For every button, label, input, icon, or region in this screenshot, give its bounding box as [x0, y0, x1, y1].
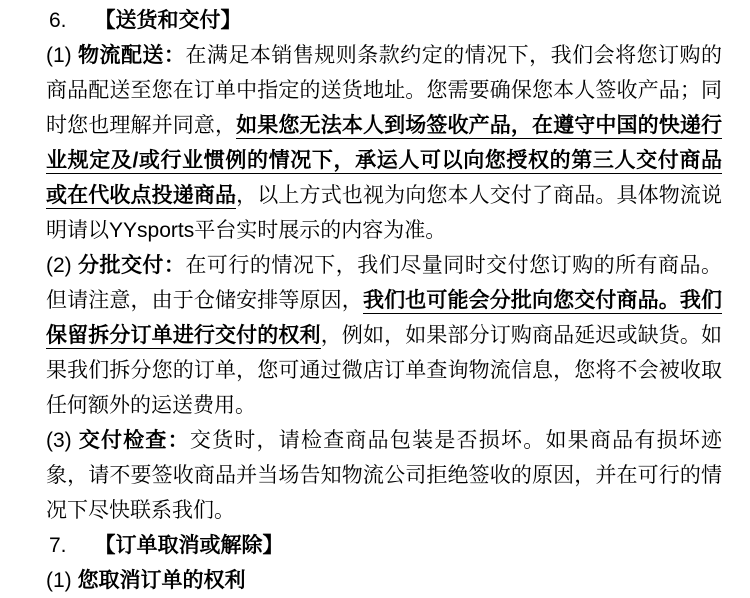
text-segment: 但请注意，由于仓储安排等原因，: [46, 289, 363, 312]
text-line: 象，请不要签收商品并当场告知物流公司拒绝签收的原因，并在可行的情: [46, 458, 722, 493]
text-segment: 时您也理解并同意，: [46, 114, 236, 137]
text-segment: 商品配送至您在订单中指定的送货地址。您需要确保您本人签收产品；同: [46, 79, 722, 102]
document: 6.【送货和交付】(1) 物流配送：在满足本销售规则条款约定的情况下，我们会将您…: [0, 0, 750, 598]
text-segment: 或在代收点投递商品: [46, 184, 236, 209]
text-segment: (1): [46, 569, 78, 592]
text-segment: ，例如，如果部分订购商品延迟或缺货。如: [321, 324, 722, 347]
text-segment: ，以上方式也视为向您本人交付了商品。具体物流说: [236, 184, 722, 207]
section-heading: 7.【订单取消或解除】: [46, 528, 722, 563]
text-segment: 保留拆分订单进行交付的权利: [46, 324, 321, 349]
text-segment: 明请以YYsports平台实时展示的内容为准。: [46, 219, 446, 242]
text-segment: 象，请不要签收商品并当场告知物流公司拒绝签收的原因，并在可行的情: [46, 464, 722, 487]
text-segment: 我们也可能会分批向您交付商品。我们: [363, 289, 722, 314]
section-title: 【订单取消或解除】: [95, 534, 284, 557]
text-segment: (2): [46, 254, 78, 277]
text-segment: 在可行的情况下，我们尽量同时交付您订购的所有商品。: [185, 254, 722, 277]
text-segment: 您取消订单的权利: [78, 569, 246, 592]
text-segment: 分批交付：: [78, 254, 185, 277]
text-line: 况下尽快联系我们。: [46, 493, 722, 528]
text-line: 果我们拆分您的订单，您可通过微店订单查询物流信息，您将不会被收取: [46, 353, 722, 388]
section-number: 6.: [46, 9, 67, 32]
text-segment: 业规定及/或行业惯例的情况下，承运人可以向您授权的第三人交付商品: [46, 149, 722, 174]
text-line: 业规定及/或行业惯例的情况下，承运人可以向您授权的第三人交付商品: [46, 143, 722, 178]
text-line: 保留拆分订单进行交付的权利，例如，如果部分订购商品延迟或缺货。如: [46, 318, 722, 353]
document-body: 6.【送货和交付】(1) 物流配送：在满足本销售规则条款约定的情况下，我们会将您…: [46, 3, 722, 598]
text-segment: 况下尽快联系我们。: [46, 499, 235, 522]
text-segment: 交货时，请检查商品包装是否损坏。如果商品有损坏迹: [190, 429, 722, 452]
text-segment: 物流配送：: [78, 44, 185, 67]
text-line: 任何额外的运送费用。: [46, 388, 722, 423]
text-segment: (3): [46, 429, 79, 452]
text-segment: 如果您无法本人到场签收产品，在遵守中国的快递行: [236, 114, 722, 139]
text-line: 或在代收点投递商品，以上方式也视为向您本人交付了商品。具体物流说: [46, 178, 722, 213]
text-line: 明请以YYsports平台实时展示的内容为准。: [46, 213, 722, 248]
text-line: 但请注意，由于仓储安排等原因，我们也可能会分批向您交付商品。我们: [46, 283, 722, 318]
text-segment: 任何额外的运送费用。: [46, 394, 256, 417]
text-line: (1) 物流配送：在满足本销售规则条款约定的情况下，我们会将您订购的: [46, 38, 722, 73]
text-segment: 果我们拆分您的订单，您可通过微店订单查询物流信息，您将不会被收取: [46, 359, 722, 382]
text-line: (2) 分批交付：在可行的情况下，我们尽量同时交付您订购的所有商品。: [46, 248, 722, 283]
text-segment: 在满足本销售规则条款约定的情况下，我们会将您订购的: [185, 44, 722, 67]
section-title: 【送货和交付】: [95, 9, 242, 32]
text-line: (1) 您取消订单的权利: [46, 563, 722, 598]
section-heading: 6.【送货和交付】: [46, 3, 722, 38]
text-line: (3) 交付检查：交货时，请检查商品包装是否损坏。如果商品有损坏迹: [46, 423, 722, 458]
text-line: 时您也理解并同意，如果您无法本人到场签收产品，在遵守中国的快递行: [46, 108, 722, 143]
text-segment: (1): [46, 44, 78, 67]
text-line: 商品配送至您在订单中指定的送货地址。您需要确保您本人签收产品；同: [46, 73, 722, 108]
text-segment: 交付检查：: [79, 429, 190, 452]
section-number: 7.: [46, 534, 67, 557]
